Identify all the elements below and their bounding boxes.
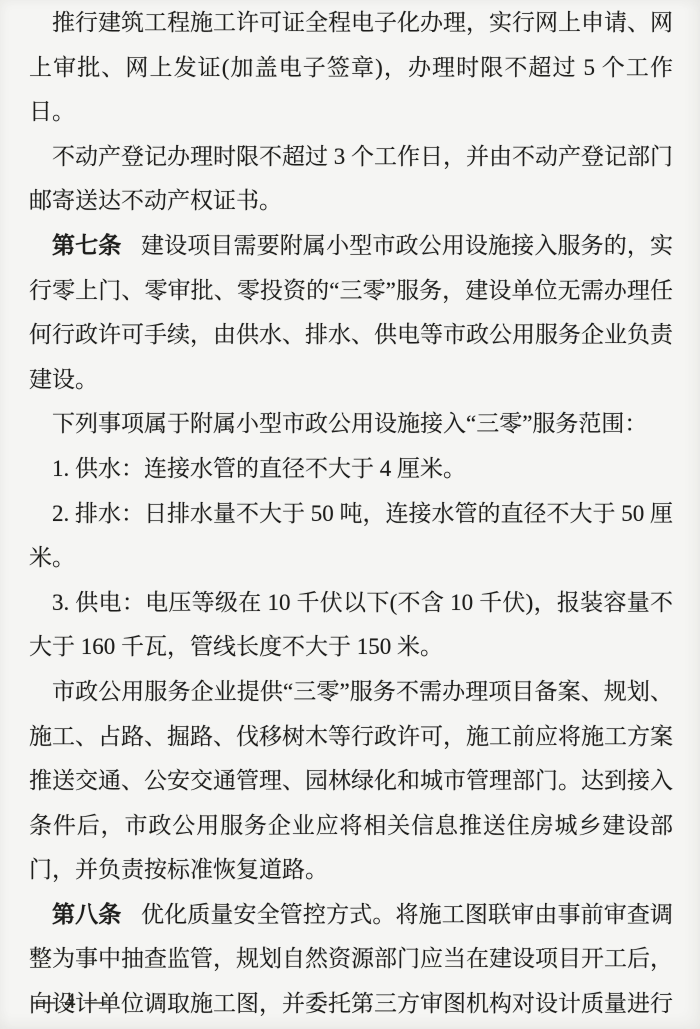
article-7-label: 第七条 bbox=[52, 233, 121, 258]
list-item-drainage: 2. 排水：日排水量不大于 50 吨，连接水管的直径不大于 50 厘米。 bbox=[29, 492, 673, 581]
list-item-water-supply: 1. 供水：连接水管的直径不大于 4 厘米。 bbox=[29, 447, 673, 492]
paragraph-article-7: 第七条建设项目需要附属小型市政公用设施接入服务的，实行零上门、零审批、零投资的“… bbox=[29, 224, 673, 402]
paragraph-text: 3. 供电：电压等级在 10 千伏以下(不含 10 千伏)，报装容量不大于 16… bbox=[29, 590, 673, 660]
page-number: — 4 — bbox=[33, 986, 109, 1016]
paragraph-utility-enterprises: 市政公用服务企业提供“三零”服务不需办理项目备案、规划、施工、占路、掘路、伐移树… bbox=[29, 670, 673, 893]
list-item-power-supply: 3. 供电：电压等级在 10 千伏以下(不含 10 千伏)，报装容量不大于 16… bbox=[29, 581, 673, 670]
paragraph-text: 下列事项属于附属小型市政公用设施接入“三零”服务范围： bbox=[52, 411, 647, 436]
article-8-label: 第八条 bbox=[52, 902, 121, 927]
paragraph-three-zero-scope-intro: 下列事项属于附属小型市政公用设施接入“三零”服务范围： bbox=[29, 402, 673, 447]
document-body: 推行建筑工程施工许可证全程电子化办理，实行网上申请、网上审批、网上发证(加盖电子… bbox=[29, 1, 673, 1027]
paragraph-real-estate-registration: 不动产登记办理时限不超过 3 个工作日，并由不动产登记部门邮寄送达不动产权证书。 bbox=[29, 135, 673, 224]
paragraph-text: 1. 供水：连接水管的直径不大于 4 厘米。 bbox=[52, 456, 466, 481]
paragraph-text: 不动产登记办理时限不超过 3 个工作日，并由不动产登记部门邮寄送达不动产权证书。 bbox=[29, 144, 673, 214]
paragraph-text: 优化质量安全管控方式。将施工图联审由事前审查调整为事中抽查监管，规划自然资源部门… bbox=[29, 902, 673, 1016]
paragraph-text: 市政公用服务企业提供“三零”服务不需办理项目备案、规划、施工、占路、掘路、伐移树… bbox=[29, 679, 673, 882]
paragraph-article-8: 第八条优化质量安全管控方式。将施工图联审由事前审查调整为事中抽查监管，规划自然资… bbox=[29, 893, 673, 1027]
paragraph-construction-permit: 推行建筑工程施工许可证全程电子化办理，实行网上申请、网上审批、网上发证(加盖电子… bbox=[29, 1, 673, 135]
paragraph-text: 2. 排水：日排水量不大于 50 吨，连接水管的直径不大于 50 厘米。 bbox=[29, 501, 673, 571]
paragraph-text: 推行建筑工程施工许可证全程电子化办理，实行网上申请、网上审批、网上发证(加盖电子… bbox=[29, 10, 673, 124]
scanned-document-page: 推行建筑工程施工许可证全程电子化办理，实行网上申请、网上审批、网上发证(加盖电子… bbox=[0, 0, 700, 1029]
paragraph-text: 建设项目需要附属小型市政公用设施接入服务的，实行零上门、零审批、零投资的“三零”… bbox=[29, 233, 673, 392]
